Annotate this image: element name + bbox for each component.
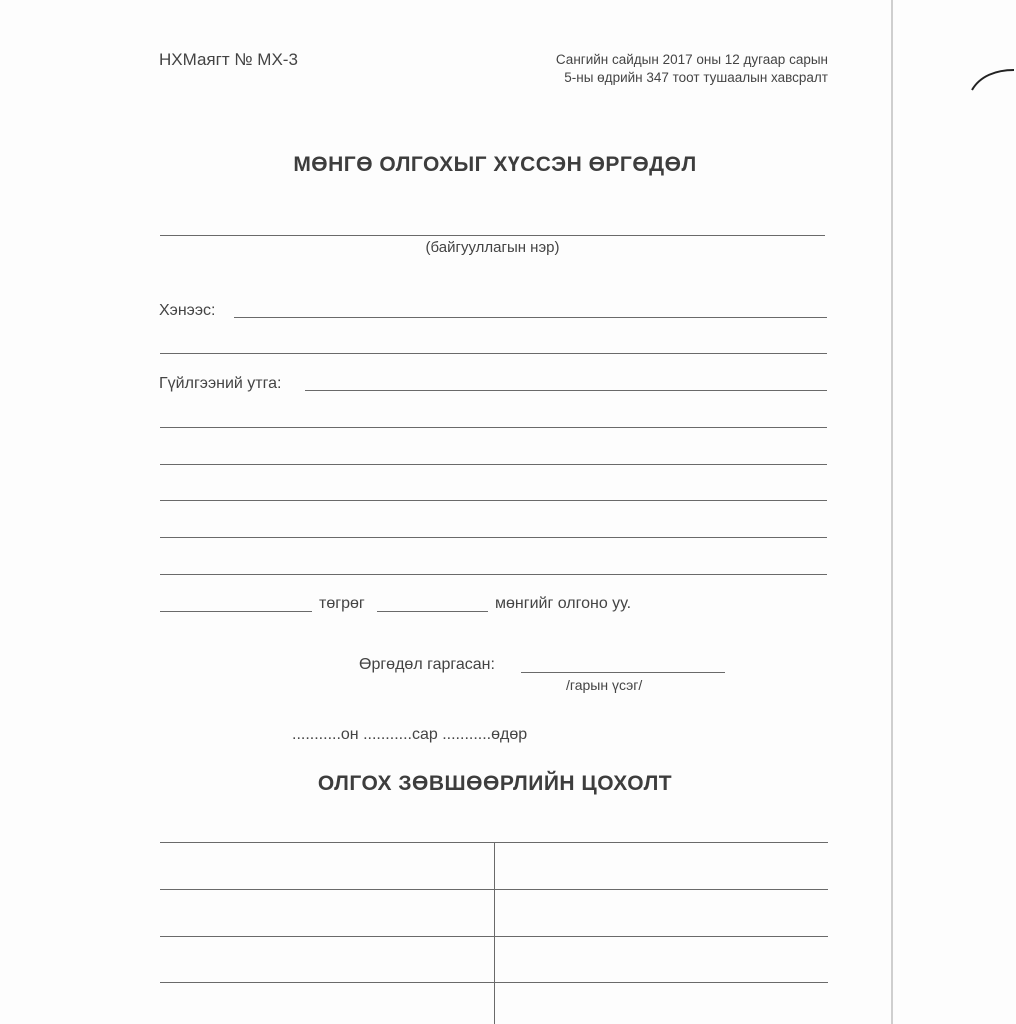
table-column-divider	[494, 842, 495, 1024]
approval-title: ОЛГОХ ЗӨВШӨӨРЛИЙН ЦОХОЛТ	[200, 772, 790, 796]
approval-cell-left-4[interactable]	[165, 988, 485, 1022]
from-field[interactable]	[234, 317, 827, 318]
signature-caption: /гарын үсэг/	[566, 677, 642, 693]
amount-request-text: мөнгийг олгоно уу.	[495, 595, 631, 613]
purpose-field-line-2[interactable]	[160, 427, 827, 428]
from-label: Хэнээс:	[159, 302, 215, 320]
from-field-line-2[interactable]	[160, 353, 827, 354]
pen-mark-icon	[968, 64, 1016, 104]
page-edge	[891, 0, 893, 1024]
purpose-field-line-4[interactable]	[160, 500, 827, 501]
org-name-caption: (байгууллагын нэр)	[160, 239, 825, 256]
signature-field[interactable]	[521, 672, 725, 673]
purpose-field[interactable]	[305, 390, 827, 391]
approval-cell-left-3[interactable]	[165, 943, 485, 977]
org-name-field[interactable]	[160, 235, 825, 236]
approval-cell-right-1[interactable]	[500, 850, 820, 884]
approval-cell-right-3[interactable]	[500, 943, 820, 977]
date-field[interactable]: ...........он ...........сар ...........…	[292, 726, 527, 744]
decree-line-1: Сангийн сайдын 2017 оны 12 дугаар сарын	[480, 51, 828, 69]
form-code: НХМаягт № МХ-3	[159, 50, 298, 70]
form-title: МӨНГӨ ОЛГОХЫГ ХҮССЭН ӨРГӨДӨЛ	[200, 153, 790, 177]
purpose-field-line-6[interactable]	[160, 574, 827, 575]
approval-cell-left-1[interactable]	[165, 850, 485, 884]
applicant-label: Өргөдөл гаргасан:	[359, 656, 495, 674]
amount-field[interactable]	[160, 611, 312, 612]
decree-reference: Сангийн сайдын 2017 оны 12 дугаар сарын …	[480, 51, 828, 87]
decree-line-2: 5-ны өдрийн 347 тоот тушаалын хавсралт	[480, 69, 828, 87]
purpose-field-line-3[interactable]	[160, 464, 827, 465]
purpose-field-line-5[interactable]	[160, 537, 827, 538]
currency-label: төгрөг	[319, 595, 365, 613]
approval-cell-right-2[interactable]	[500, 897, 820, 931]
amount-words-field[interactable]	[377, 611, 488, 612]
purpose-label: Гүйлгээний утга:	[159, 375, 281, 393]
approval-cell-right-4[interactable]	[500, 988, 820, 1022]
approval-cell-left-2[interactable]	[165, 897, 485, 931]
